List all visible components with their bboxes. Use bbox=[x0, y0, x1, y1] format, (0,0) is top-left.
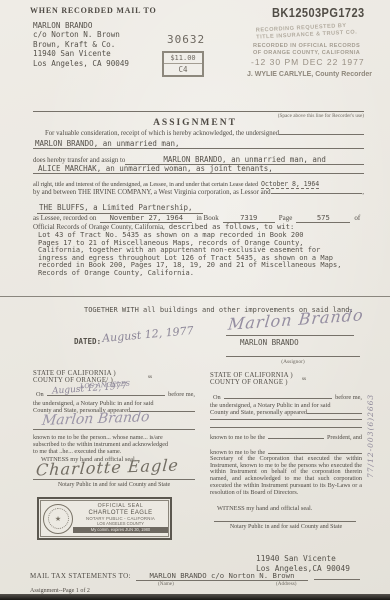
recorded-clause-d: of bbox=[354, 214, 360, 222]
seal-county: LOS ANGELES COUNTY bbox=[73, 522, 168, 527]
appeared-name-handwritten: Marlon Brando bbox=[41, 409, 150, 429]
lease-clause-line2: by and between THE IRVINE COMPANY, a Wes… bbox=[33, 189, 271, 196]
mail-to-address: MARLON BRANDO c/o Norton N. Brown Brown,… bbox=[33, 21, 129, 68]
described-as-follows-typed: described as follows, to wit: bbox=[169, 222, 295, 231]
blank-line bbox=[279, 134, 364, 135]
notary-right-line3: County and State, personally appeared bbox=[210, 409, 307, 416]
secretary-blank bbox=[268, 453, 362, 454]
assignor-caption: (Assignor) bbox=[226, 359, 360, 365]
signatory-name-typed: MARLON BRANDO bbox=[240, 338, 299, 347]
notary-signature-rule-right bbox=[214, 521, 356, 522]
notary-caption-left: Notary Public in and for said County and… bbox=[33, 482, 195, 488]
lease-clause-line1: all right, title and interest of the und… bbox=[33, 181, 258, 188]
mail-tax-address-rule bbox=[314, 579, 360, 580]
when-recorded-label: WHEN RECORDED MAIL TO bbox=[30, 6, 157, 15]
notary-left-line2: the undersigned, a Notary Public in and … bbox=[33, 400, 154, 407]
margin-note-handwritten: 77/12-003(6)2663 bbox=[366, 318, 375, 478]
signature-rule bbox=[226, 335, 354, 336]
assignor-name-typed: MARLON BRANDO, an unmarried man, bbox=[33, 139, 364, 149]
notary-signature-rule-left bbox=[33, 479, 195, 480]
section-divider-rule bbox=[0, 296, 390, 297]
state-seal-icon: ★ bbox=[43, 504, 73, 534]
fee-amount: $11.00 bbox=[164, 53, 202, 63]
state-seal-emblem-icon: ★ bbox=[48, 508, 69, 529]
before-me-right: before me, bbox=[335, 394, 362, 401]
president-blank bbox=[268, 438, 324, 439]
appeared-blank-right-3 bbox=[210, 427, 362, 428]
fee-stamp-box: $11.00 C4 bbox=[162, 51, 204, 77]
assignor-caption-rule bbox=[226, 356, 360, 357]
consideration-clause: For valuable consideration, receipt of w… bbox=[45, 130, 279, 137]
notary-right-line2: the undersigned, a Notary Public in and … bbox=[210, 402, 331, 409]
venue-left-ss: ss bbox=[148, 374, 152, 380]
document-title: ASSIGNMENT bbox=[120, 118, 270, 128]
witness-clause-right: WITNESS my hand and official seal. bbox=[217, 505, 312, 512]
recorded-clause-a: as Lessee, recorded on bbox=[33, 214, 96, 222]
official-records-clause: Official Records of Orange County, Calif… bbox=[33, 223, 165, 231]
page-number-typed: 575 bbox=[296, 213, 350, 223]
recorded-clause-b: in Book bbox=[196, 214, 218, 222]
date-blank-right bbox=[224, 398, 332, 399]
scanned-assignment-document: WHEN RECORDED MAIL TO MARLON BRANDO c/o … bbox=[0, 0, 390, 600]
header-divider-rule bbox=[33, 111, 364, 112]
scan-edge-bar bbox=[0, 594, 390, 600]
venue-right: STATE OF CALIFORNIA ) COUNTY OF ORANGE ) bbox=[210, 372, 293, 387]
recording-time-stamp: -12 30 PM DEC 22 1977 bbox=[251, 57, 365, 67]
notary-seal-stamp: ★ OFFICIAL SEAL CHARLOTTE EAGLE NOTARY P… bbox=[37, 497, 172, 540]
before-me-left: before me, bbox=[168, 391, 195, 398]
notary-signature-script: Charlotte Eagle bbox=[35, 455, 179, 479]
fee-code: C4 bbox=[164, 63, 202, 75]
recorded-official-records-stamp: RECORDED IN OFFICIAL RECORDS OF ORANGE C… bbox=[253, 43, 360, 57]
president-clause-post: President, and bbox=[327, 434, 362, 441]
dated-handwritten: August 12, 1977 bbox=[102, 324, 194, 345]
acknowledgment-text-left: known to me to be the person... whose na… bbox=[33, 434, 168, 455]
mail-tax-label: MAIL TAX STATEMENTS TO: bbox=[30, 572, 131, 580]
on-label-left: On bbox=[36, 391, 44, 398]
notary-caption-right: Notary Public in and for said County and… bbox=[210, 524, 362, 530]
legal-description: Lot 43 of Tract No. 5435 as shown on a m… bbox=[38, 232, 341, 278]
venue-right-ss: ss bbox=[302, 376, 306, 382]
recording-requested-stamp: RECORDING REQUESTED BY TITLE INSURANCE &… bbox=[256, 22, 358, 41]
seal-expiration: My comm. expires JUN 30, 1980 bbox=[73, 527, 168, 533]
appeared-blank-right-2 bbox=[210, 419, 362, 420]
name-caption: (Name) bbox=[158, 581, 174, 587]
address-caption: (Address) bbox=[276, 581, 296, 587]
dated-label: DATED: bbox=[74, 337, 101, 346]
appeared-blank-right-1 bbox=[307, 413, 362, 414]
president-clause-pre: known to me to be the bbox=[210, 434, 265, 441]
corporate-acknowledgment-paragraph: Secretary of the Corporation that execut… bbox=[210, 456, 362, 496]
mail-tax-name-typed: MARLON BRANDO c/o Norton N. Brown bbox=[136, 571, 308, 581]
on-label-right: On bbox=[213, 394, 221, 401]
document-number-stamp: 30632 bbox=[167, 33, 205, 46]
assignee-name-typed-2: ALICE MARCHAK, an unmarried woman, as jo… bbox=[33, 164, 364, 174]
recorded-clause-c: Page bbox=[279, 214, 293, 222]
blank-line bbox=[271, 193, 363, 194]
book-page-stamp: BK12503PG1723 bbox=[272, 6, 365, 20]
county-recorder-stamp: J. WYLIE CARLYLE, County Recorder bbox=[247, 71, 372, 78]
appeared-rule-left bbox=[33, 429, 195, 430]
comma: , bbox=[362, 189, 364, 196]
